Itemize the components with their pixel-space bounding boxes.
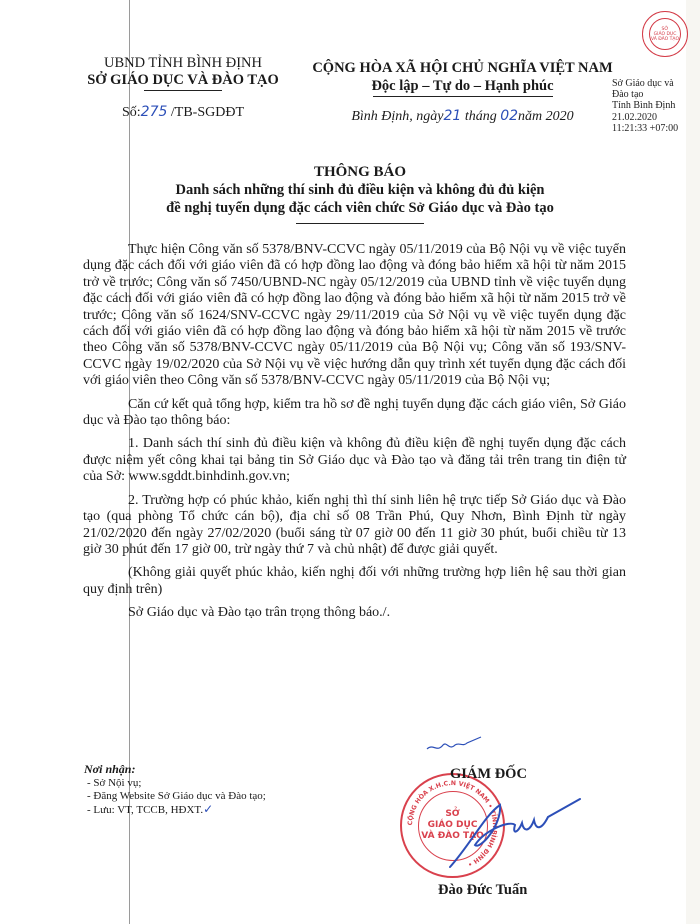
date-place: Bình Định, ngày — [351, 109, 443, 124]
title-underline — [296, 223, 424, 224]
checkmark-icon: ✓ — [203, 802, 213, 816]
stamp-line: VÀ ĐÀO TẠO — [651, 37, 679, 42]
body-paragraph: 1. Danh sách thí sinh đủ điều kiện và kh… — [83, 436, 626, 485]
body-paragraph: Căn cứ kết quả tổng hợp, kiểm tra hồ sơ … — [83, 397, 626, 430]
document-subtitle-line2: đề nghị tuyển dụng đặc cách viên chức Sở… — [110, 199, 610, 217]
recipients-heading: Nơi nhận: — [84, 762, 266, 777]
recipient-item: - Lưu: VT, TCCB, HĐXT.✓ — [84, 803, 266, 817]
issuing-agency-block: UBND TỈNH BÌNH ĐỊNH SỞ GIÁO DỤC VÀ ĐÀO T… — [68, 55, 298, 121]
signer-title: GIÁM ĐỐC — [450, 766, 527, 783]
document-subtitle-line1: Danh sách những thí sinh đủ điều kiện và… — [110, 181, 610, 199]
agency-underline — [144, 90, 222, 91]
date-year: năm 2020 — [518, 109, 574, 124]
body-paragraph: (Không giải quyết phúc khảo, kiến nghị đ… — [83, 565, 626, 598]
document-number: Số:275 /TB-SGDĐT — [68, 104, 298, 121]
digisig-line: Tỉnh Bình Định — [612, 100, 678, 111]
page-edge-shade — [686, 0, 700, 924]
issue-date: Bình Định, ngày21 tháng 02năm 2020 — [310, 108, 615, 125]
agency-name: SỞ GIÁO DỤC VÀ ĐÀO TẠO — [68, 72, 298, 89]
document-body: Thực hiện Công văn số 5378/BNV-CCVC ngày… — [83, 242, 626, 629]
digisig-line: Sở Giáo dục và — [612, 78, 678, 89]
national-motto: Độc lập – Tự do – Hạnh phúc — [310, 77, 615, 95]
date-month: 02 — [500, 108, 518, 124]
motto-underline — [373, 96, 553, 97]
agency-parent: UBND TỈNH BÌNH ĐỊNH — [68, 55, 298, 72]
document-title-block: THÔNG BÁO Danh sách những thí sinh đủ đi… — [110, 163, 610, 224]
body-paragraph: Thực hiện Công văn số 5378/BNV-CCVC ngày… — [83, 242, 626, 390]
recipient-item: - Sở Nội vụ; — [84, 777, 266, 790]
doc-number-suffix: /TB-SGDĐT — [167, 105, 244, 120]
digital-signature-stamp: SỞ GIÁO DỤC VÀ ĐÀO TẠO — [642, 11, 688, 57]
digisig-line: Đào tạo — [612, 89, 678, 100]
recipients-block: Nơi nhận: - Sở Nội vụ; - Đăng Website Sở… — [84, 762, 266, 817]
digisig-line: 11:21:33 +07:00 — [612, 123, 678, 134]
body-paragraph: 2. Trường hợp có phúc khảo, kiến nghị th… — [83, 493, 626, 559]
recipient-item-text: - Lưu: VT, TCCB, HĐXT. — [87, 804, 203, 816]
digital-signature-info: Sở Giáo dục và Đào tạo Tỉnh Bình Định 21… — [612, 78, 678, 134]
doc-number-handwritten: 275 — [141, 104, 168, 120]
doc-number-prefix: Số: — [122, 105, 141, 120]
signer-name: Đào Đức Tuấn — [438, 882, 527, 899]
digisig-line: 21.02.2020 — [612, 112, 678, 123]
date-month-label: tháng — [461, 109, 500, 124]
nation-name: CỘNG HÒA XÃ HỘI CHỦ NGHĨA VIỆT NAM — [310, 60, 615, 77]
recipient-item: - Đăng Website Sở Giáo dục và Đào tạo; — [84, 790, 266, 803]
handwritten-signature — [440, 795, 590, 875]
document-title: THÔNG BÁO — [110, 163, 610, 181]
national-heading-block: CỘNG HÒA XÃ HỘI CHỦ NGHĨA VIỆT NAM Độc l… — [310, 60, 615, 125]
body-paragraph: Sở Giáo dục và Đào tạo trân trọng thông … — [83, 605, 626, 621]
handwritten-initials — [425, 733, 485, 755]
date-day: 21 — [443, 108, 461, 124]
